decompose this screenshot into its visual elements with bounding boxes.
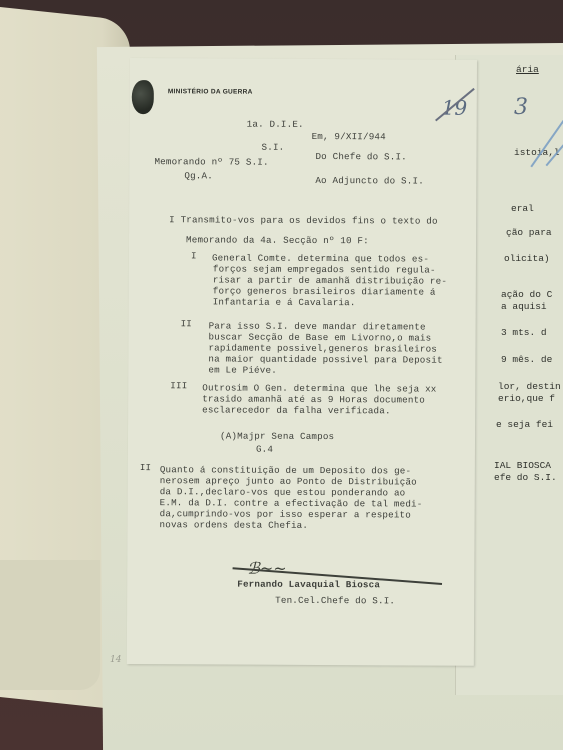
page-number-handwritten: 19	[442, 96, 468, 120]
fragment: eral	[511, 203, 534, 214]
fragment: efe do S.I.	[494, 472, 557, 483]
item-number: II	[181, 318, 192, 329]
fragment: 3 mts. d	[501, 327, 547, 338]
text-line: esclarecedor da falha verificada.	[202, 404, 391, 416]
item-number: II	[140, 462, 151, 473]
text-line: em Le Piéve.	[208, 364, 277, 375]
fragment: ção para	[506, 227, 552, 238]
fragment: erio,que f	[498, 393, 555, 404]
signatory-name: Fernando Lavaquial Biosca	[237, 579, 380, 591]
fragment: ária	[516, 64, 539, 75]
handwritten-mark: 3	[514, 95, 528, 120]
quoted-signatory: (A)Majpr Sena Campos	[220, 430, 334, 442]
section-code: S.I.	[262, 142, 285, 153]
memo-date: Em, 9/XII/944	[312, 131, 386, 142]
item-number: III	[170, 380, 187, 391]
signatory-title: Ten.Cel.Chefe do S.I.	[275, 595, 395, 607]
memo-number: Memorando nº 75 S.I.	[154, 156, 268, 168]
item-number: I	[191, 250, 197, 261]
page-mark: 14	[110, 655, 121, 665]
coat-of-arms-icon	[132, 80, 154, 114]
text-line: novas ordens desta Chefia.	[160, 519, 309, 531]
memorandum-sheet: MINISTÉRIO DA GUERRA 19 1a. D.I.E. Em, 9…	[127, 58, 477, 666]
fragment: ação do C	[501, 289, 552, 300]
quoted-signatory-section: G.4	[256, 444, 273, 455]
fragment: 9 mês. de	[501, 354, 552, 365]
memo-to: Ao Adjuncto do S.I.	[315, 175, 424, 187]
intro-line: Memorando da 4a. Secção nº 10 F:	[186, 234, 369, 246]
fragment: e seja fei	[496, 419, 553, 430]
division-code: 1a. D.I.E.	[247, 119, 304, 130]
fragment: IAL BIOSCA	[494, 460, 551, 471]
memo-from: Do Chefe do S.I.	[315, 151, 406, 162]
intro-line: I Transmito-vos para os devidos fins o t…	[169, 214, 438, 226]
text-line: Infantaria e á Cavalaria.	[213, 296, 356, 308]
fragment: a aquisi	[501, 301, 547, 312]
fragment: lor, destin	[498, 381, 561, 392]
left-book-page-fold	[0, 560, 100, 690]
ministry-header: MINISTÉRIO DA GUERRA	[168, 88, 253, 95]
fragment: olicita)	[504, 253, 550, 264]
location-code: Qg.A.	[184, 170, 213, 181]
